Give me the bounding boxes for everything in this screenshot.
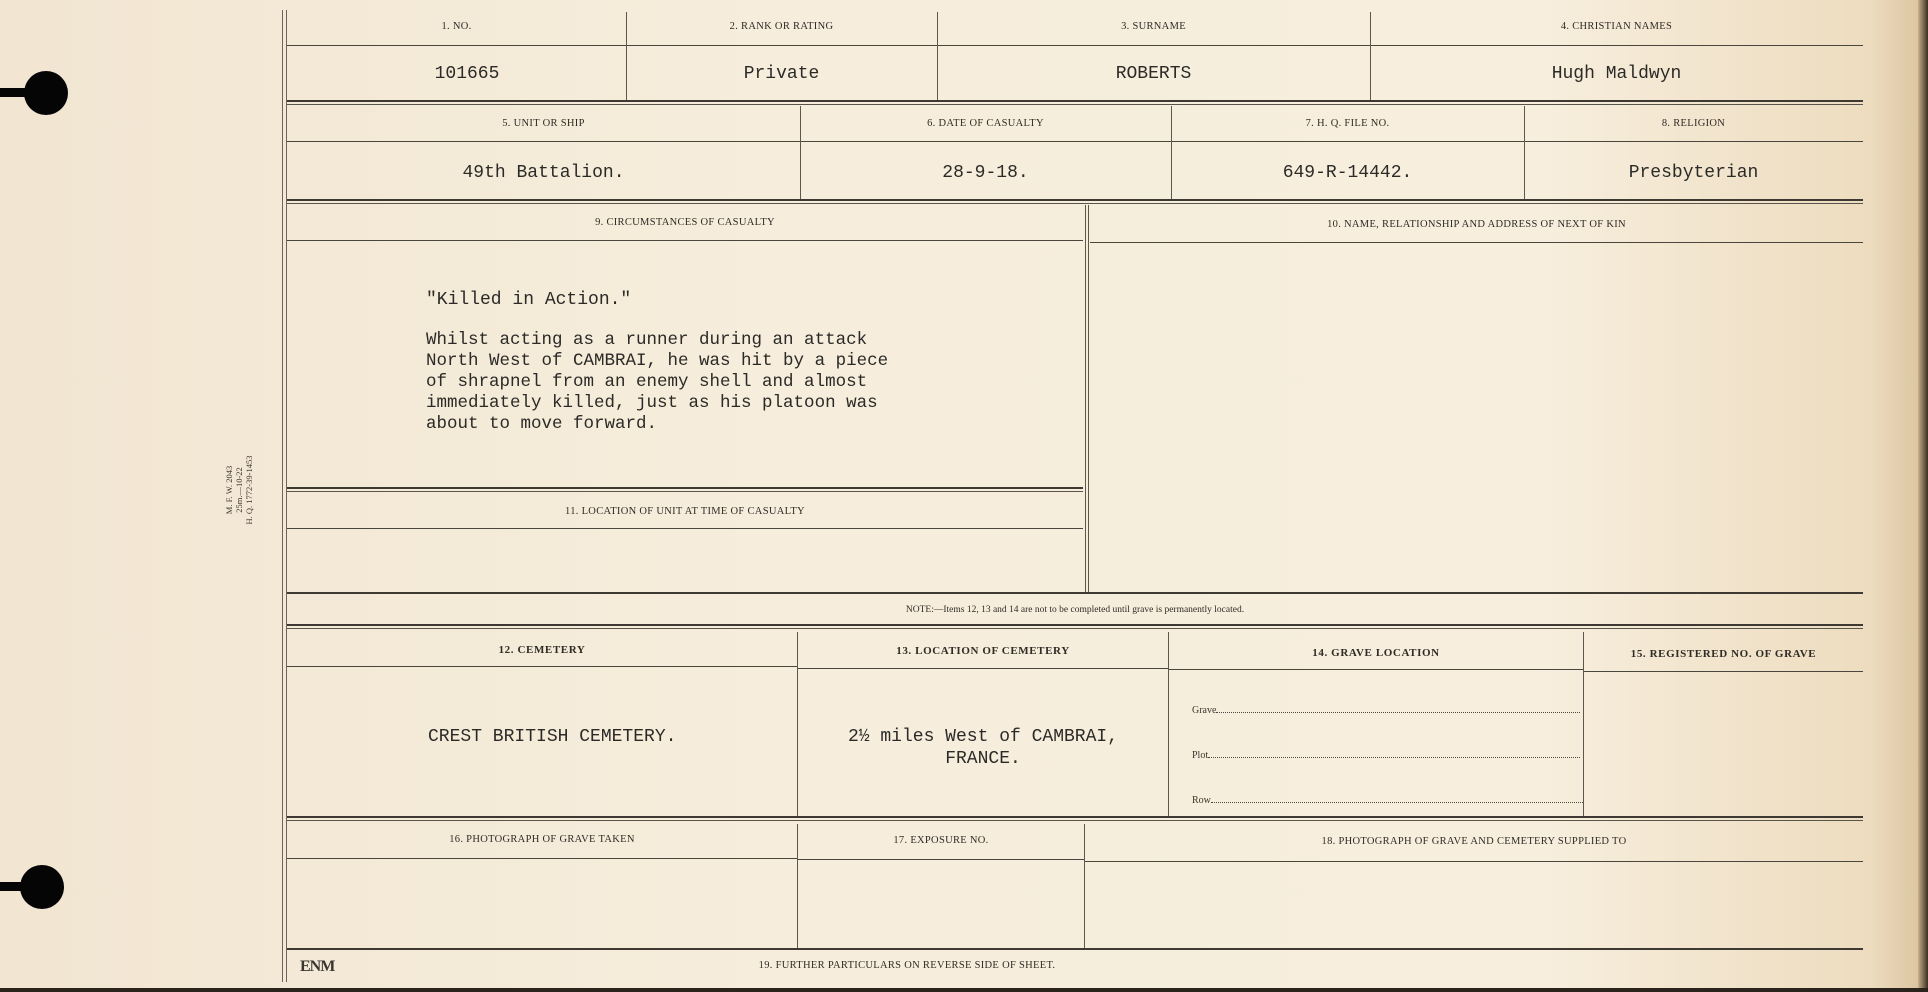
cemetery-header-rule <box>287 666 797 667</box>
footer-rule <box>287 948 1863 950</box>
card-bottom-edge <box>0 988 1928 992</box>
hq-file-value: 649-R-14442. <box>1171 163 1524 183</box>
christian-names-label: 4. CHRISTIAN NAMES <box>1370 21 1863 32</box>
location-of-unit-label: 11. LOCATION OF UNIT AT TIME OF CASUALTY <box>287 506 1083 517</box>
note-bottom-rule <box>287 624 1863 629</box>
exposure-label: 17. EXPOSURE NO. <box>798 835 1084 846</box>
form-code-line-1: M. F. W. 2043 <box>224 440 234 540</box>
plot-field-label: Plot <box>1192 750 1208 761</box>
location-of-unit-top-rule <box>287 487 1083 492</box>
grave-location-header-rule <box>1169 669 1583 670</box>
christian-names-value: Hugh Maldwyn <box>1370 64 1863 84</box>
cemetery-label: 12. CEMETERY <box>287 644 797 656</box>
circumstances-heading: "Killed in Action." <box>426 290 631 310</box>
form-code-line-3: H. Q. 1772-39-1453 <box>244 440 254 540</box>
row1-header-rule <box>287 45 1863 46</box>
location-header-rule <box>798 668 1168 669</box>
divider <box>1168 632 1169 816</box>
religion-value: Presbyterian <box>1524 163 1863 183</box>
exposure-header-rule <box>798 859 1084 860</box>
plot-field: Plot <box>1192 750 1580 761</box>
religion-label: 8. RELIGION <box>1524 118 1863 129</box>
circumstances-label: 9. CIRCUMSTANCES OF CASUALTY <box>287 217 1083 228</box>
note-text: NOTE:—Items 12, 13 and 14 are not to be … <box>287 605 1863 615</box>
divider <box>797 632 798 816</box>
surname-label: 3. SURNAME <box>937 21 1370 32</box>
supplied-to-header-rule <box>1085 861 1863 862</box>
regimental-number-value: 101665 <box>287 64 647 84</box>
location-of-cemetery-label: 13. LOCATION OF CEMETERY <box>798 645 1168 657</box>
row-field-label: Row <box>1192 795 1211 806</box>
punch-hole-bottom-icon <box>20 865 64 909</box>
grave-field-label: Grave <box>1192 705 1216 716</box>
cemetery-location-line2: FRANCE. <box>798 749 1168 769</box>
punch-hole-top-icon <box>24 71 68 115</box>
grave-location-label: 14. GRAVE LOCATION <box>1169 647 1583 659</box>
divider <box>1085 205 1089 592</box>
row2-bottom-rule <box>287 199 1863 204</box>
row2-header-rule <box>287 141 1863 142</box>
card-right-edge <box>1918 0 1928 992</box>
no-label: 1. NO. <box>287 21 626 32</box>
next-of-kin-header-rule <box>1090 242 1863 243</box>
registered-no-header-rule <box>1584 671 1863 672</box>
registered-no-label: 15. REGISTERED NO. OF GRAVE <box>1584 648 1863 660</box>
row1-bottom-rule <box>287 100 1863 105</box>
date-of-casualty-value: 28-9-18. <box>800 163 1171 183</box>
photo-taken-header-rule <box>287 858 797 859</box>
surname-value: ROBERTS <box>937 64 1370 84</box>
photo-top-rule <box>287 816 1863 821</box>
form-code-line-2: 25m.—10-22 <box>234 440 244 540</box>
note-top-rule <box>287 592 1863 594</box>
unit-value: 49th Battalion. <box>287 163 800 183</box>
form-code: M. F. W. 2043 25m.—10-22 H. Q. 1772-39-1… <box>224 440 268 540</box>
unit-label: 5. UNIT OR SHIP <box>287 118 800 129</box>
hq-file-label: 7. H. Q. FILE NO. <box>1171 118 1524 129</box>
circumstances-narrative: Whilst acting as a runner during an atta… <box>426 330 986 435</box>
photo-taken-label: 16. PHOTOGRAPH OF GRAVE TAKEN <box>287 834 797 845</box>
circumstances-header-rule <box>287 240 1083 241</box>
clerk-initials: ENM <box>300 958 334 976</box>
next-of-kin-label: 10. NAME, RELATIONSHIP AND ADDRESS OF NE… <box>1090 219 1863 230</box>
cemetery-location-line1: 2½ miles West of CAMBRAI, <box>798 727 1168 747</box>
location-of-unit-header-rule <box>287 528 1083 529</box>
date-label: 6. DATE OF CASUALTY <box>800 118 1171 129</box>
cemetery-value: CREST BRITISH CEMETERY. <box>287 727 877 747</box>
supplied-to-label: 18. PHOTOGRAPH OF GRAVE AND CEMETERY SUP… <box>1085 836 1863 847</box>
rank-value: Private <box>626 64 937 84</box>
grave-field: Grave <box>1192 705 1580 716</box>
further-particulars-label: 19. FURTHER PARTICULARS ON REVERSE SIDE … <box>287 960 1287 971</box>
row-field: Row <box>1192 795 1583 806</box>
rank-label: 2. RANK OR RATING <box>626 21 937 32</box>
